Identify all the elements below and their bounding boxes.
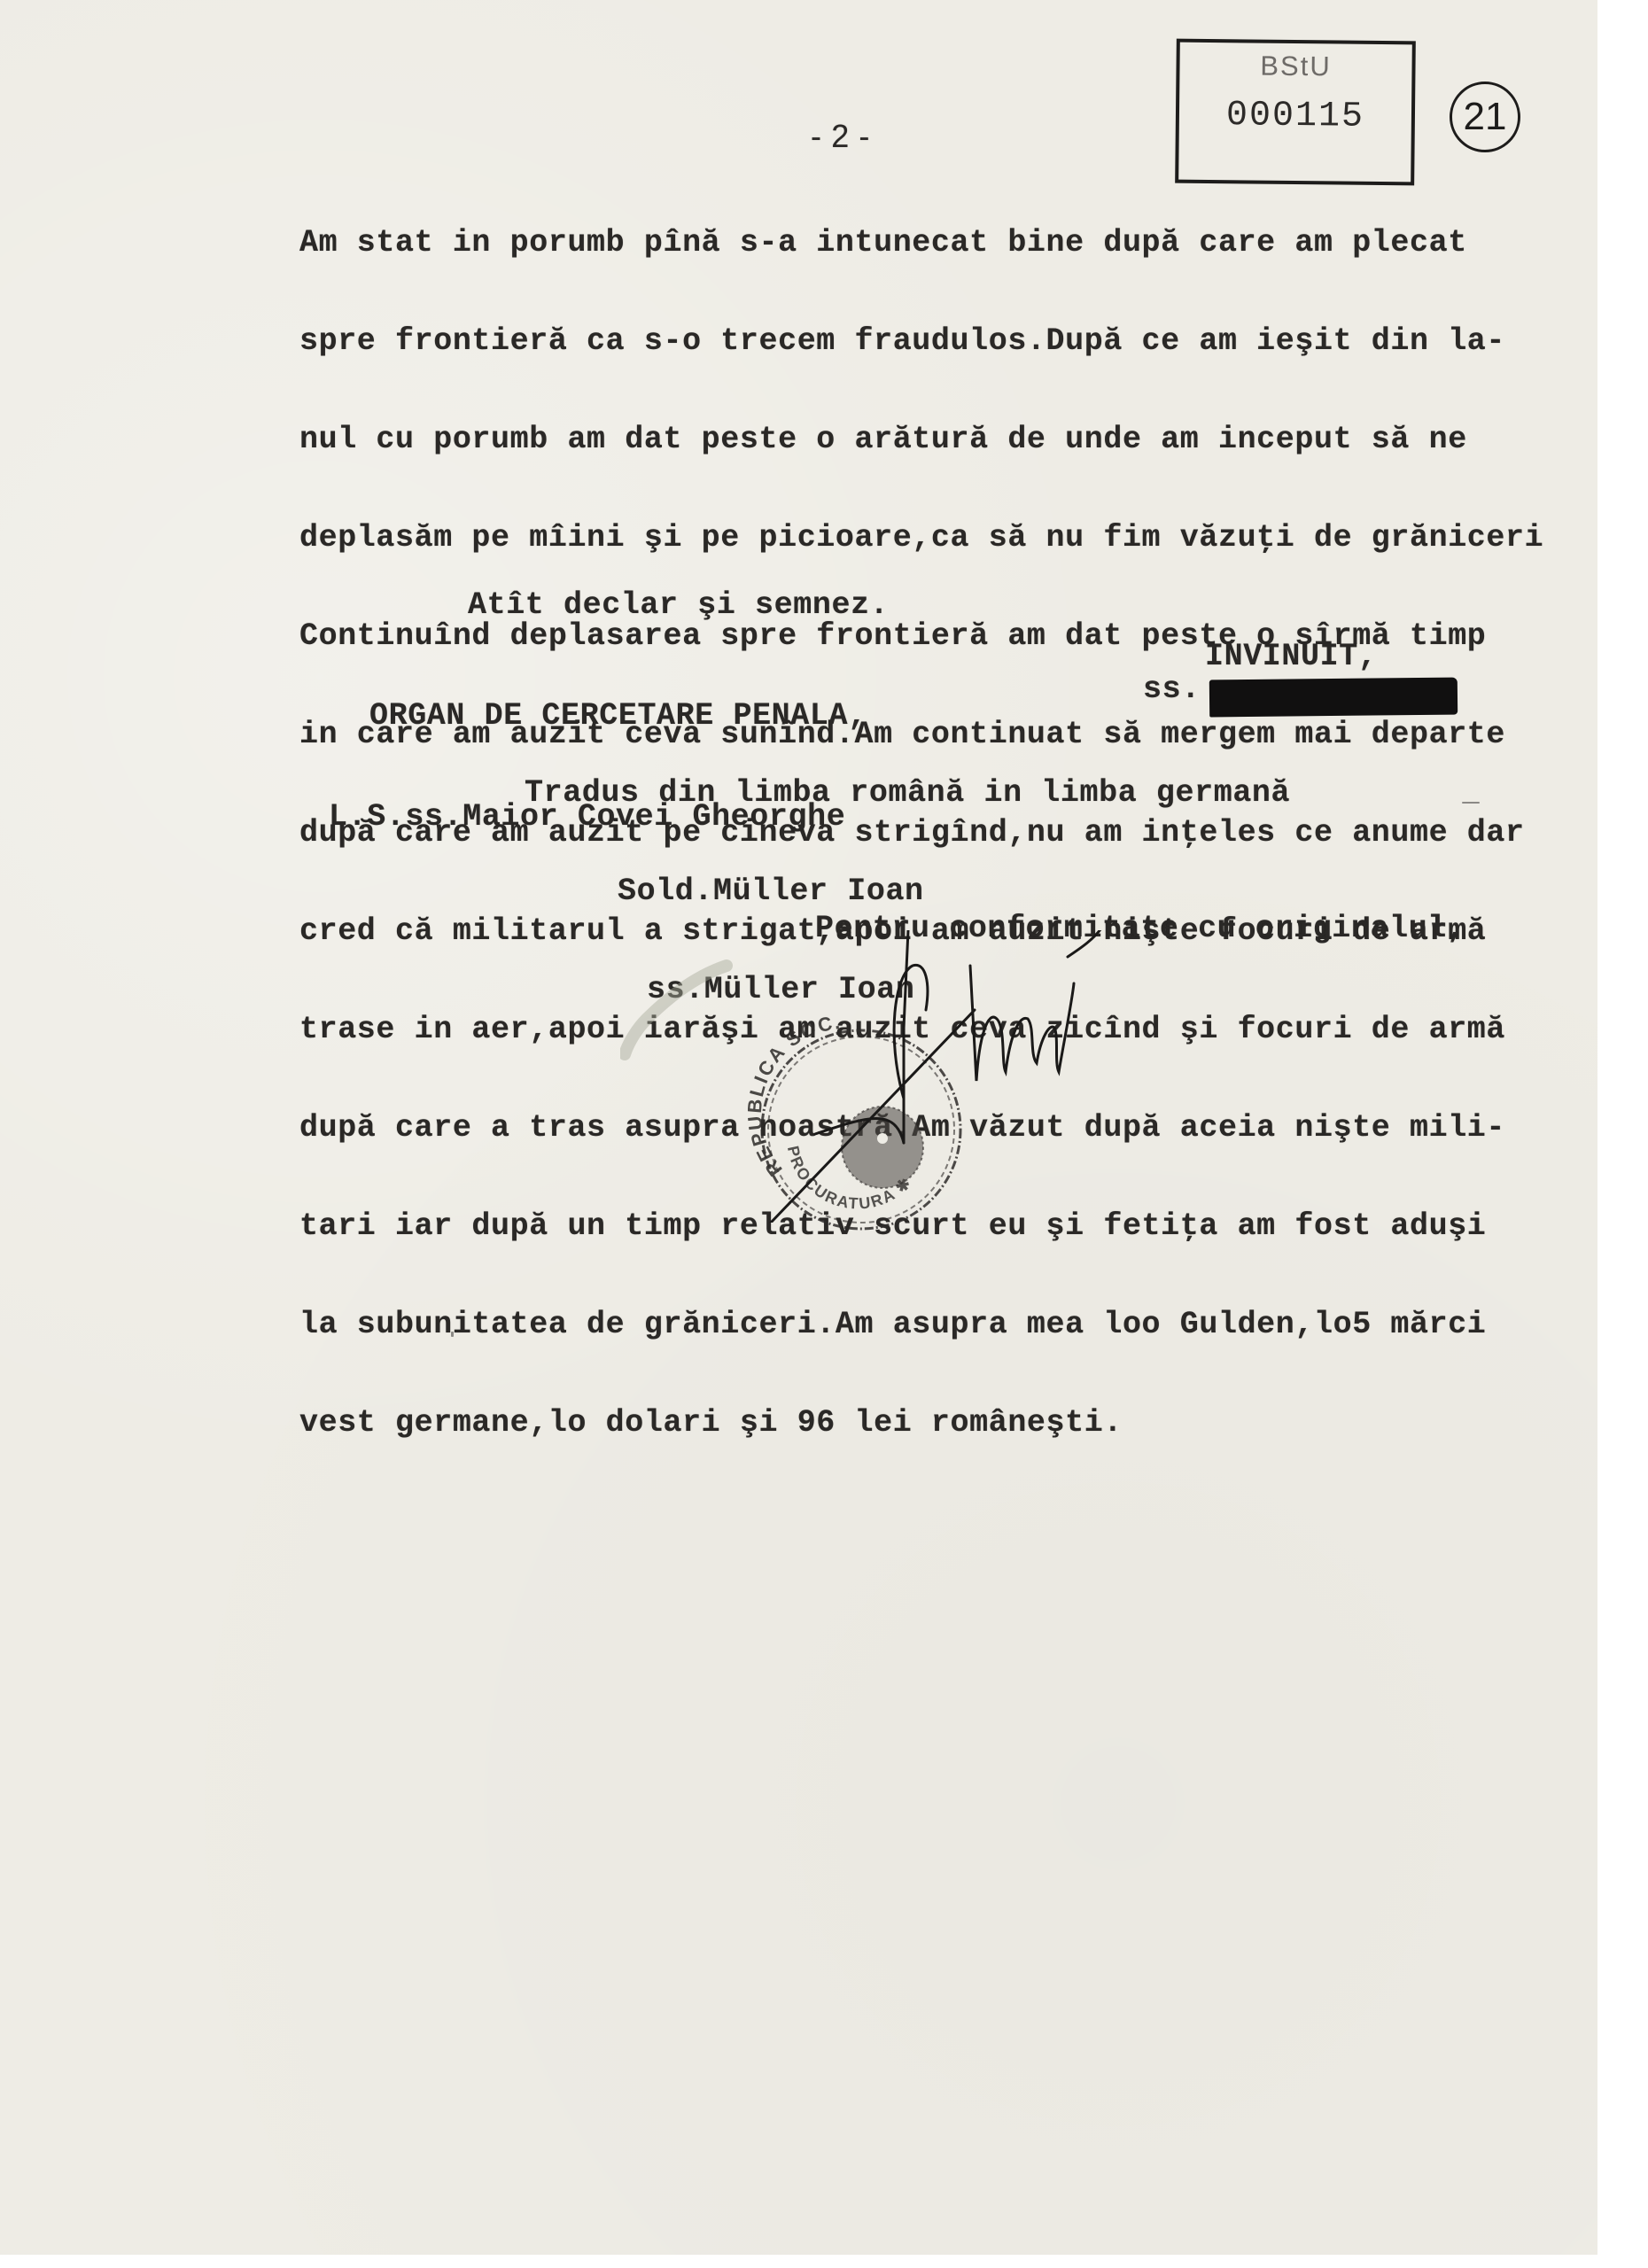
- translator-name: Sold.Müller Ioan: [618, 875, 1290, 908]
- page-number: - 2 -: [811, 120, 870, 152]
- body-line: spre frontieră ca s-o trecem fraudulos.D…: [299, 325, 1543, 358]
- document-page: BStU 000115 21 - 2 - Am stat in porumb p…: [0, 0, 1597, 2255]
- closing-statement: Atît declar şi semnez.: [468, 589, 889, 622]
- paper-speck: [1462, 802, 1480, 804]
- archive-stamp-label: BStU: [1179, 50, 1411, 84]
- folio-number: 21: [1450, 82, 1520, 152]
- ink-smudge: [620, 957, 744, 1063]
- translation-note: Tradus din limba română in limba germană: [525, 777, 1290, 810]
- archive-stamp-number: 000115: [1179, 96, 1411, 138]
- paper-speck: [957, 1223, 960, 1228]
- accused-title: INVINUIT,: [1205, 641, 1377, 673]
- body-line: la subunitatea de grăniceri.Am asupra me…: [299, 1309, 1543, 1341]
- handwritten-signature: [753, 930, 1125, 1223]
- paper-speck: [451, 1332, 454, 1337]
- body-line: deplasăm pe mîini şi pe picioare,ca să n…: [299, 522, 1543, 555]
- body-line: nul cu porumb am dat peste o arătură de …: [299, 423, 1543, 456]
- body-line: vest germane,lo dolari şi 96 lei româneş…: [299, 1407, 1543, 1440]
- accused-signature-prefix: ss.: [1143, 673, 1201, 706]
- body-line: Am stat in porumb pînă s-a intunecat bin…: [299, 227, 1543, 260]
